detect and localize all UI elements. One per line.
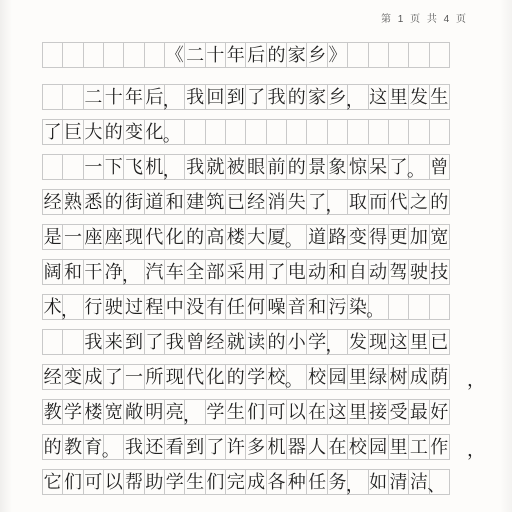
grid-cell: 和 [164, 189, 185, 215]
handwritten-character: 经 [44, 368, 62, 386]
grid-cell: 各 [266, 469, 287, 495]
grid-cell: 的 [429, 189, 450, 215]
handwritten-character: 景 [308, 158, 326, 176]
handwritten-character: 没 [186, 298, 204, 316]
handwritten-character: 生 [186, 473, 204, 491]
grid-cell: 小 [286, 329, 307, 355]
grid-cell: 的 [266, 42, 287, 68]
handwritten-character: 。 [163, 126, 181, 144]
handwritten-character: 各 [267, 473, 285, 491]
handwritten-character: 到 [186, 438, 204, 456]
grid-cell [42, 154, 63, 180]
grid-cell: 一 [83, 154, 104, 180]
grid-cell: 噪 [266, 294, 287, 320]
handwritten-character: 接 [369, 403, 387, 421]
handwritten-character: 一 [84, 158, 102, 176]
grid-cell: ， [123, 259, 144, 285]
grid-cell: 的 [184, 224, 205, 250]
handwritten-character: 的 [44, 438, 62, 456]
handwritten-character: 代 [145, 228, 163, 246]
grid-cell: 最 [408, 399, 429, 425]
grid-cell: 到 [184, 434, 205, 460]
grid-row: 术，行驶过程中没有任何噪音和污染。 [42, 294, 469, 320]
handwritten-character: 任 [308, 473, 326, 491]
grid-cell: 园 [327, 364, 348, 390]
grid-cell: 驾 [388, 259, 409, 285]
handwritten-character: 学 [166, 473, 184, 491]
grid-cell: 学 [62, 399, 83, 425]
grid-cell: 里 [408, 329, 429, 355]
handwritten-character: 的 [105, 193, 123, 211]
handwritten-character: ， [346, 476, 364, 494]
grid-cell: 我 [266, 84, 287, 110]
handwritten-character: 里 [349, 403, 367, 421]
handwritten-character: 高 [206, 228, 224, 246]
grid-cell: 校 [347, 434, 368, 460]
grid-cell: 座 [83, 224, 104, 250]
grid-cell: 化 [205, 364, 226, 390]
grid-cell: 已 [225, 189, 246, 215]
handwritten-character: 变 [349, 228, 367, 246]
handwritten-character: 化 [166, 228, 184, 246]
handwritten-character: 可 [84, 473, 102, 491]
grid-cell [123, 42, 144, 68]
grid-cell: 变 [62, 364, 83, 390]
grid-cell: 消 [266, 189, 287, 215]
grid-cell [429, 294, 450, 320]
grid-cell: 荫 [429, 364, 450, 390]
grid-cell: 了 [205, 434, 226, 460]
grid-cell: 机 [266, 434, 287, 460]
handwritten-character: 、 [427, 476, 445, 494]
grid-cell: 和 [306, 294, 327, 320]
grid-cell: 以 [103, 469, 124, 495]
handwritten-character: 乡 [328, 88, 346, 106]
grid-cell [368, 42, 389, 68]
handwritten-character: 了 [44, 123, 62, 141]
grid-cell: 眼 [245, 154, 266, 180]
grid-cell [327, 119, 348, 145]
grid-cell [306, 119, 327, 145]
handwritten-character: 何 [247, 298, 265, 316]
handwritten-character: 助 [145, 473, 163, 491]
grid-cell: 受 [388, 399, 409, 425]
handwritten-character: 清 [390, 473, 408, 491]
grid-cell: 大 [245, 224, 266, 250]
grid-cell: 多 [245, 434, 266, 460]
handwritten-character: 洁 [410, 473, 428, 491]
grid-cell: 这 [388, 329, 409, 355]
handwritten-character: 变 [64, 368, 82, 386]
handwritten-character: 曾 [430, 158, 448, 176]
handwritten-character: 发 [410, 88, 428, 106]
handwritten-character: 它 [44, 473, 62, 491]
handwritten-character: 悉 [84, 193, 102, 211]
handwritten-character: 十 [105, 88, 123, 106]
grid-cell: 校 [306, 364, 327, 390]
grid-cell: 污 [327, 294, 348, 320]
handwritten-character: 生 [227, 403, 245, 421]
handwritten-character: 而 [369, 193, 387, 211]
handwritten-character: 大 [84, 123, 102, 141]
handwritten-character: 以 [288, 403, 306, 421]
grid-cell: 一 [62, 224, 83, 250]
grid-row: 的教育。我还看到了许多机器人在校园里工作， [42, 434, 469, 460]
grid-cell: 座 [103, 224, 124, 250]
grid-cell: 看 [164, 434, 185, 460]
grid-cell: 以 [286, 399, 307, 425]
grid-cell [245, 119, 266, 145]
grid-cell: 技 [429, 259, 450, 285]
grid-cell: 巨 [62, 119, 83, 145]
handwritten-character: 我 [267, 88, 285, 106]
grid-cell [388, 42, 409, 68]
grid-cell: 就 [205, 154, 226, 180]
grid-cell: 取 [347, 189, 368, 215]
grid-cell: 加 [408, 224, 429, 250]
handwritten-character: 《 [166, 46, 184, 64]
handwritten-character: 楼 [84, 403, 102, 421]
handwritten-character: 这 [369, 88, 387, 106]
grid-cell: 动 [306, 259, 327, 285]
handwritten-character: 后 [145, 88, 163, 106]
grid-cell: 有 [205, 294, 226, 320]
handwritten-character: 回 [206, 88, 224, 106]
handwritten-character: 在 [328, 438, 346, 456]
grid-cell: 飞 [123, 154, 144, 180]
grid-cell: 经 [42, 189, 63, 215]
grid-cell: 生 [225, 399, 246, 425]
grid-cell: 所 [144, 364, 165, 390]
grid-cell: 这 [368, 84, 389, 110]
handwritten-character: 术 [44, 298, 62, 316]
handwritten-character: 我 [84, 333, 102, 351]
handwritten-character: 乡 [308, 46, 326, 64]
grid-cell: 学 [164, 469, 185, 495]
handwritten-character: 技 [430, 263, 448, 281]
grid-cell: 们 [205, 469, 226, 495]
handwritten-character: 用 [247, 263, 265, 281]
handwritten-character: 得 [369, 228, 387, 246]
grid-cell: 宽 [103, 399, 124, 425]
handwritten-character: 。 [407, 161, 425, 179]
grid-cell [429, 42, 450, 68]
handwritten-character: 学 [64, 403, 82, 421]
grid-cell: 如 [368, 469, 389, 495]
handwritten-character: 现 [369, 333, 387, 351]
grid-cell: 的 [266, 329, 287, 355]
handwritten-character: 惊 [349, 158, 367, 176]
grid-cell: 种 [286, 469, 307, 495]
grid-cell: 驶 [103, 294, 124, 320]
grid-cell: ， [347, 469, 368, 495]
handwritten-character: 经 [206, 333, 224, 351]
handwritten-character: 所 [145, 368, 163, 386]
grid-row: 它们可以帮助学生们完成各种任务，如清洁、 [42, 469, 469, 495]
grid-cell: 经 [245, 189, 266, 215]
grid-cell [144, 42, 165, 68]
handwritten-character: 和 [64, 263, 82, 281]
grid-cell [205, 119, 226, 145]
handwritten-character: ， [183, 406, 201, 424]
handwritten-character: 染 [349, 298, 367, 316]
handwritten-character: 动 [369, 263, 387, 281]
grid-cell: 部 [205, 259, 226, 285]
handwritten-character: 化 [145, 123, 163, 141]
grid-cell: 教 [42, 399, 63, 425]
grid-cell [347, 42, 368, 68]
grid-cell: 的 [286, 84, 307, 110]
grid-cell: 《 [164, 42, 185, 68]
handwritten-character: 》 [328, 46, 346, 64]
handwritten-character: 后 [247, 46, 265, 64]
handwritten-character: 已 [227, 193, 245, 211]
handwritten-character: 眼 [247, 158, 265, 176]
handwritten-character: 校 [267, 368, 285, 386]
handwritten-character: 可 [267, 403, 285, 421]
grid-cell [408, 294, 429, 320]
grid-cell: 车 [164, 259, 185, 285]
handwritten-character: 的 [430, 193, 448, 211]
handwritten-character: 了 [267, 263, 285, 281]
grid-cell: 二 [83, 84, 104, 110]
handwritten-character: 象 [328, 158, 346, 176]
grid-cell: 程 [144, 294, 165, 320]
grid-cell: 之 [408, 189, 429, 215]
handwritten-character: 污 [328, 298, 346, 316]
grid-cell: 。 [408, 154, 429, 180]
handwritten-character: 绿 [369, 368, 387, 386]
grid-cell: 许 [225, 434, 246, 460]
handwritten-character: 里 [390, 438, 408, 456]
grid-row: 是一座座现代化的高楼大厦。道路变得更加宽 [42, 224, 469, 250]
grid-cell: 到 [225, 84, 246, 110]
grid-row: 了巨大的变化。 [42, 119, 469, 145]
handwritten-character: 种 [288, 473, 306, 491]
grid-cell: 、 [429, 469, 450, 495]
grid-cell: 自 [347, 259, 368, 285]
grid-cell: 现 [123, 224, 144, 250]
grid-cell: 失 [286, 189, 307, 215]
handwritten-character: 。 [285, 231, 303, 249]
grid-cell: 们 [245, 399, 266, 425]
handwritten-character: 二 [186, 46, 204, 64]
handwritten-character: 街 [125, 193, 143, 211]
grid-cell: 道 [306, 224, 327, 250]
grid-cell: 呆 [368, 154, 389, 180]
handwritten-character: ， [122, 266, 140, 284]
handwritten-character: 学 [247, 368, 265, 386]
grid-cell: 已 [429, 329, 450, 355]
handwritten-character: 现 [166, 368, 184, 386]
handwritten-character: 和 [166, 193, 184, 211]
grid-row: 一下飞机，我就被眼前的景象惊呆了。曾 [42, 154, 469, 180]
grid-cell: 代 [184, 364, 205, 390]
grid-cell: 成 [408, 364, 429, 390]
handwritten-character: 座 [105, 228, 123, 246]
handwritten-character: 亮 [166, 403, 184, 421]
handwritten-character: 里 [410, 333, 428, 351]
handwritten-character: 道 [145, 193, 163, 211]
grid-cell: 熟 [62, 189, 83, 215]
grid-cell: 接 [368, 399, 389, 425]
grid-cell: 曾 [184, 329, 205, 355]
handwritten-character: ， [163, 91, 181, 109]
handwritten-character: 成 [410, 368, 428, 386]
grid-cell: 成 [83, 364, 104, 390]
grid-cell: 可 [83, 469, 104, 495]
handwritten-character: 好 [430, 403, 448, 421]
grid-cell: 它 [42, 469, 63, 495]
grid-cell: 。 [103, 434, 124, 460]
handwritten-character: 被 [227, 158, 245, 176]
grid-cell: 里 [347, 364, 368, 390]
handwritten-character: 们 [206, 473, 224, 491]
grid-cell: 里 [388, 84, 409, 110]
grid-cell: 经 [205, 329, 226, 355]
grid-cell: 我 [164, 329, 185, 355]
handwritten-character: 飞 [125, 158, 143, 176]
handwritten-character: 学 [308, 333, 326, 351]
handwritten-character: 楼 [227, 228, 245, 246]
handwritten-character: 到 [227, 88, 245, 106]
handwritten-character: 汽 [145, 263, 163, 281]
grid-cell: 是 [42, 224, 63, 250]
grid-cell: 这 [327, 399, 348, 425]
handwritten-character: 家 [288, 46, 306, 64]
grid-cell [42, 84, 63, 110]
grid-cell: 发 [347, 329, 368, 355]
grid-cell: 代 [388, 189, 409, 215]
handwritten-character: 净 [105, 263, 123, 281]
grid-cell: 。 [286, 364, 307, 390]
handwritten-character: 成 [84, 368, 102, 386]
handwritten-character: ， [325, 336, 343, 354]
grid-cell [42, 329, 63, 355]
grid-cell [83, 42, 104, 68]
grid-cell: 明 [144, 399, 165, 425]
handwritten-character: 校 [349, 438, 367, 456]
handwritten-character: 的 [267, 46, 285, 64]
grid-cell [103, 42, 124, 68]
grid-row: 二十年后，我回到了我的家乡，这里发生 [42, 84, 469, 110]
grid-cell: 现 [368, 329, 389, 355]
grid-cell: 了 [42, 119, 63, 145]
handwritten-character: 代 [390, 193, 408, 211]
handwritten-character: 树 [390, 368, 408, 386]
grid-cell: 家 [306, 84, 327, 110]
handwritten-character: 家 [308, 88, 326, 106]
handwritten-character: 厦 [267, 228, 285, 246]
grid-cell: 筑 [205, 189, 226, 215]
grid-cell: 经 [42, 364, 63, 390]
grid-cell [408, 42, 429, 68]
grid-row: 阔和干净，汽车全部采用了电动和自动驾驶技 [42, 259, 469, 285]
handwritten-character: 。 [102, 441, 120, 459]
handwritten-character: 已 [430, 333, 448, 351]
grid-cell: 就 [225, 329, 246, 355]
grid-cell: 绿 [368, 364, 389, 390]
grid-cell [368, 119, 389, 145]
grid-cell [266, 119, 287, 145]
grid-cell: 和 [62, 259, 83, 285]
handwritten-character: 取 [349, 193, 367, 211]
grid-cell: 任 [225, 294, 246, 320]
grid-cell: 学 [245, 364, 266, 390]
handwritten-character: 多 [247, 438, 265, 456]
grid-cell: 回 [205, 84, 226, 110]
grid-cell: 被 [225, 154, 246, 180]
handwritten-character: 。 [285, 371, 303, 389]
grid-cell: 还 [144, 434, 165, 460]
photo-edge-shading-left [0, 0, 12, 512]
handwritten-character: 车 [166, 263, 184, 281]
grid-cell: 年 [123, 84, 144, 110]
grid-cell: 驶 [408, 259, 429, 285]
handwritten-character: 里 [390, 88, 408, 106]
grid-cell: ， [327, 189, 348, 215]
grid-cell: 园 [368, 434, 389, 460]
handwritten-character: 呆 [369, 158, 387, 176]
handwritten-character: 程 [145, 298, 163, 316]
grid-cell: ， [164, 154, 185, 180]
grid-cell: 十 [205, 42, 226, 68]
grid-cell: 生 [429, 84, 450, 110]
handwritten-character: 了 [390, 158, 408, 176]
grid-cell: 行 [83, 294, 104, 320]
handwritten-character: 驾 [390, 263, 408, 281]
handwritten-character: 曾 [186, 333, 204, 351]
handwritten-character: 失 [288, 193, 306, 211]
handwritten-character: 们 [64, 473, 82, 491]
grid-cell: 惊 [347, 154, 368, 180]
handwritten-character: 噪 [267, 298, 285, 316]
handwritten-character: 成 [247, 473, 265, 491]
grid-cell: 家 [286, 42, 307, 68]
grid-cell: 。 [286, 224, 307, 250]
handwritten-character: 宽 [105, 403, 123, 421]
grid-cell: 器 [286, 434, 307, 460]
grid-cell: 了 [245, 84, 266, 110]
handwritten-character: 的 [186, 228, 204, 246]
grid-cell: 人 [306, 434, 327, 460]
handwritten-character: 道 [308, 228, 326, 246]
squeezed-punctuation: ， [467, 441, 485, 459]
grid-cell: 和 [327, 259, 348, 285]
handwritten-character: 的 [267, 333, 285, 351]
grid-cell: 下 [103, 154, 124, 180]
handwritten-character: 作 [430, 438, 448, 456]
grid-cell: 学 [205, 399, 226, 425]
handwritten-character: 完 [227, 473, 245, 491]
grid-cell: 全 [184, 259, 205, 285]
grid-cell: 工 [408, 434, 429, 460]
grid-cell: 楼 [225, 224, 246, 250]
handwritten-character: 二 [84, 88, 102, 106]
handwritten-character: 许 [227, 438, 245, 456]
grid-cell [62, 42, 83, 68]
grid-cell: 建 [184, 189, 205, 215]
grid-cell: 过 [123, 294, 144, 320]
grid-row: 我来到了我曾经就读的小学，发现这里已 [42, 329, 469, 355]
grid-cell: 了 [266, 259, 287, 285]
grid-cell: 在 [306, 399, 327, 425]
handwritten-character: 受 [390, 403, 408, 421]
grid-cell: 年 [225, 42, 246, 68]
handwritten-character: 教 [64, 438, 82, 456]
handwritten-character: 自 [349, 263, 367, 281]
grid-cell [184, 119, 205, 145]
